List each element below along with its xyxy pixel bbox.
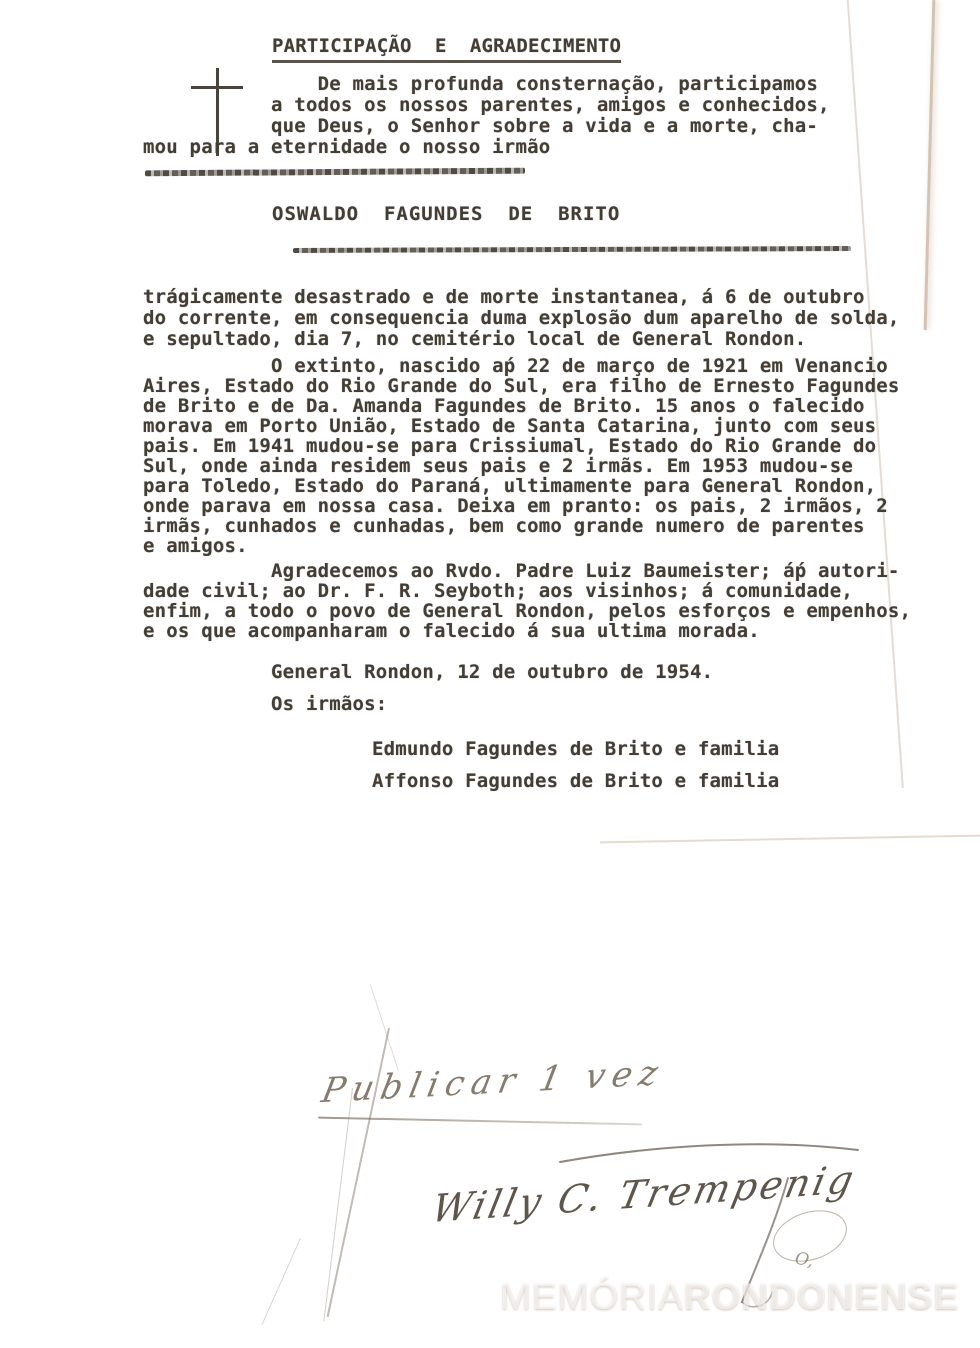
intro-paragraph: De mais profunda consternação, participa… [143,74,830,158]
closing-line: Os irmãos: [143,694,387,715]
biography-paragraph: O extinto, nascido aṕ 22 de março de 19… [143,356,900,556]
scanned-document: PARTICIPAÇÃO E AGRADECIMENTO De mais pro… [0,0,980,1348]
watermark-light-text: MEMÓRIA [500,1276,684,1317]
deceased-name: OSWALDO FAGUNDES DE BRITO [272,204,620,225]
death-paragraph: trágicamente desastrado e de morte insta… [143,287,900,350]
dateline: General Rondon, 12 de outubro de 1954. [143,662,713,683]
watermark-bold-text: RONDONENSE [684,1276,959,1317]
watermark: MEMÓRIARONDONENSE [500,1276,959,1318]
document-title: PARTICIPAÇÃO E AGRADECIMENTO [272,36,621,63]
signatories: Edmundo Fagundes de Brito e familia Affo… [372,733,779,797]
thanks-paragraph: Agradecemos ao Rvdo. Padre Luiz Baumeist… [143,561,911,641]
pencil-small-mark: O, [793,1249,815,1272]
